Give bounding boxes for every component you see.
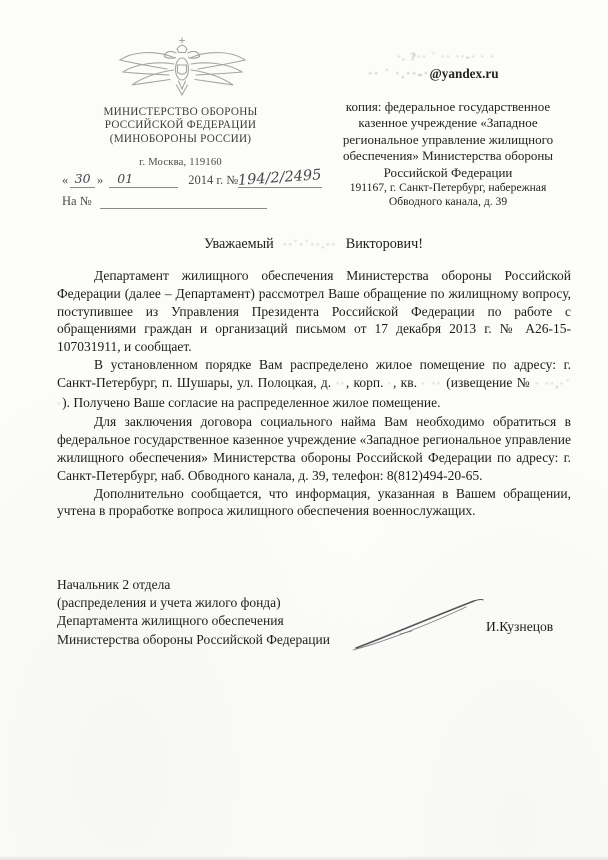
scan-edge-bottom	[0, 856, 608, 860]
body-paragraph-4: Дополнительно сообщается, что информация…	[57, 485, 571, 521]
signer-position-line: Департамента жилищного обеспечения	[57, 612, 397, 630]
ministry-letterhead: МИНИСТЕРСТВО ОБОРОНЫ РОССИЙСКОЙ ФЕДЕРАЦИ…	[53, 106, 308, 170]
copy-line: копия: федеральное государственное	[300, 99, 596, 115]
house-number-redacted: ··	[335, 378, 345, 390]
reply-to-label: На №	[62, 194, 92, 209]
close-quote: »	[97, 173, 103, 188]
signer-position-line: Министерства обороны Российской Федераци…	[57, 631, 397, 649]
open-quote: «	[62, 173, 68, 188]
building-number-redacted: ·	[388, 378, 393, 390]
copy-address-line2: Обводного канала, д. 39	[300, 195, 596, 209]
org-name-line2: РОССИЙСКОЙ ФЕДЕРАЦИИ	[105, 119, 257, 131]
copy-recipient-block: копия: федеральное государственное казен…	[300, 99, 596, 208]
signer-position-block: Начальник 2 отдела (распределения и учет…	[57, 576, 397, 649]
salutation-line: Уважаемый··˙·˙··.··Викторович!	[57, 236, 570, 253]
body-paragraph-3: Для заключения договора социального найм…	[57, 413, 571, 484]
signer-position-line: (распределения и учета жилого фонда)	[57, 594, 397, 612]
year-and-number-label: 2014 г. №	[188, 173, 238, 188]
handwritten-day: 30	[70, 171, 95, 188]
scanned-letter-page: МИНИСТЕРСТВО ОБОРОНЫ РОССИЙСКОЙ ФЕДЕРАЦИ…	[0, 0, 608, 860]
apartment-number-redacted: · ··	[421, 378, 442, 390]
mod-eagle-emblem-icon	[115, 36, 250, 104]
org-name-line3: (МИНОБОРОНЫ РОССИИ)	[110, 133, 252, 145]
email-domain: @yandex.ru	[430, 66, 499, 81]
salutation-name-redacted: ··˙·˙··.··	[283, 237, 337, 251]
copy-line: Российской Федерации	[300, 165, 596, 181]
letter-body: Департамент жилищного обеспечения Минист…	[57, 267, 571, 520]
salutation-patronymic: Викторович!	[346, 236, 423, 252]
salutation-prefix: Уважаемый	[204, 236, 274, 252]
copy-address-line1: 191167, г. Санкт-Петербург, набережная	[300, 181, 596, 195]
handwritten-month: 01	[109, 171, 178, 188]
copy-line: региональное управление жилищного	[300, 132, 596, 148]
reply-to-line: На №	[62, 194, 267, 209]
signer-position-line: Начальник 2 отдела	[57, 576, 397, 594]
copy-line: обеспечения» Министерства обороны	[300, 148, 596, 164]
signer-name: И.Кузнецов	[486, 619, 553, 635]
date-number-line: « 30 » 01 2014 г. № 194/2/2495	[62, 171, 322, 188]
reply-to-blank	[100, 208, 267, 209]
org-city-line: г. Москва, 119160	[53, 156, 308, 169]
org-name-line1: МИНИСТЕРСТВО ОБОРОНЫ	[103, 106, 257, 118]
email-prefix-redacted: ·· ˙ ·.··-·	[368, 66, 430, 81]
scan-edge-left	[0, 0, 3, 860]
addressee-email-line: ·· ˙ ·.··-·@yandex.ru	[368, 66, 499, 82]
copy-line: казенное учреждение «Западное	[300, 115, 596, 131]
body-paragraph-1: Департамент жилищного обеспечения Минист…	[57, 267, 571, 356]
body-paragraph-2: В установленном порядке Вам распределено…	[57, 356, 571, 413]
addressee-name-redacted: ·. ?·· ˙ ·· ··-· · ·	[397, 51, 495, 63]
handwritten-signature	[348, 594, 488, 652]
